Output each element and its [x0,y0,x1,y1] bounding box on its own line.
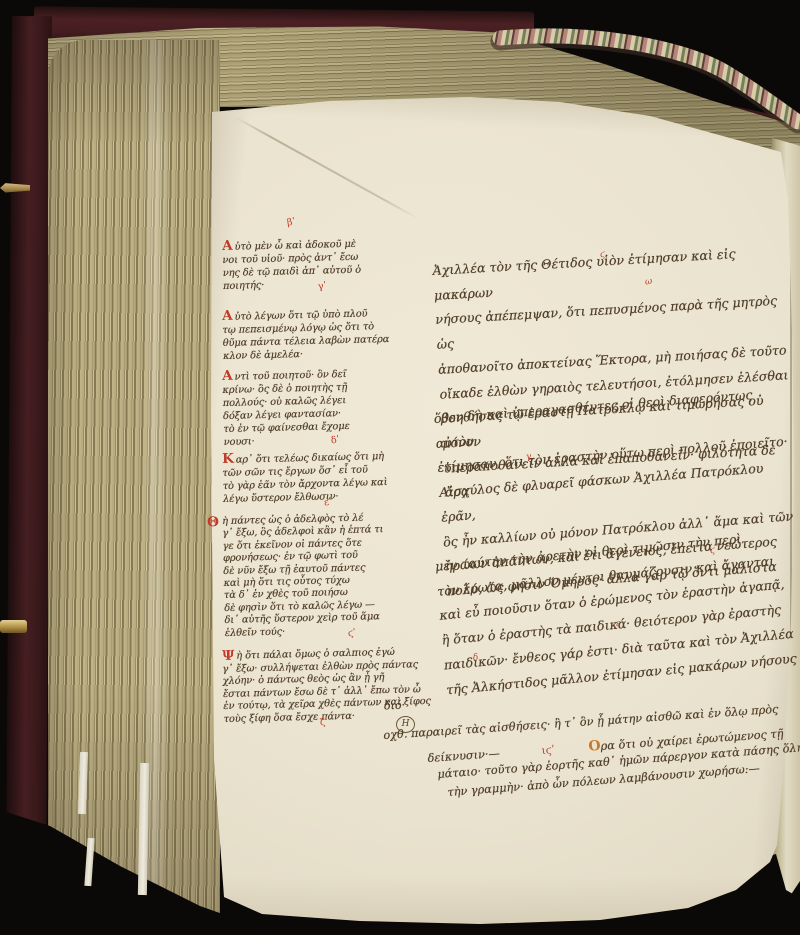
section-number: εʹ [323,497,332,509]
scholion-text: ντὶ τοῦ ποιητοῦ· ὃν δεῖ κρίνω· ὃς δὲ ὁ π… [222,366,436,449]
section-number: βʹ [286,216,296,228]
scholion-text: ὐτὸ λέγων ὅτι τῷ ὑπὸ πλοῦ τῳ πεπεισμένῳ … [222,306,435,363]
red-interlinear-mark: ω [644,276,653,287]
rubric-initial: Ψ [222,651,234,662]
rubric-initial: Κ [222,454,234,465]
scholion: Ψ ὴ ὅτι πάλαι ὅμως ὁ σαλπιος ἐγώ γ᾽ ἔξω·… [222,646,436,727]
main-text-tail: διό· [384,698,406,712]
brass-clasp-pin [0,620,27,633]
section-number: γʹ [317,280,327,292]
rubric-initial: Θ [207,517,219,528]
scholion-text: ὴ πάντες ὡς ὁ ἀδελφὸς τὸ λέ γ᾽ ἔξω, ὃς ἀ… [222,511,437,640]
scholion: Α ὐτὸ μὲν ὧ καὶ ἀδοκοῦ μὲ νοι τοῦ υἱοῦ· … [222,236,435,293]
scholion: Θ ὴ πάντες ὡς ὁ ἀδελφὸς τὸ λέ γ᾽ ἔξω, ὃς… [222,511,437,640]
book-photo: { "palette": { "background": "#0b0908", … [0,0,800,935]
rubric-initial: Α [222,311,233,322]
section-number: ιϛʹ [541,744,555,757]
section-number: δʹ [330,434,340,446]
scholion-text: ὴ ὅτι πάλαι ὅμως ὁ σαλπιος ἐγώ γ᾽ ἔξω· σ… [222,646,436,727]
fore-edge-stack-left [48,40,220,935]
section-number: ϛʹ [347,627,356,639]
parchment-crease [234,116,419,220]
rubric-initial: Α [222,241,233,252]
scholion-text: ὐτὸ μὲν ὧ καὶ ἀδοκοῦ μὲ νοι τοῦ υἱοῦ· πρ… [222,236,435,293]
scholion: Α ντὶ τοῦ ποιητοῦ· ὃν δεῖ κρίνω· ὃς δὲ ὁ… [222,366,436,449]
rubric-initial: Α [222,371,233,382]
book-cover-left-edge [6,16,52,868]
section-number: ζʹ [319,717,328,729]
scholion: Α ὐτὸ λέγων ὅτι τῷ ὑπὸ πλοῦ τῳ πεπεισμέν… [222,306,435,363]
